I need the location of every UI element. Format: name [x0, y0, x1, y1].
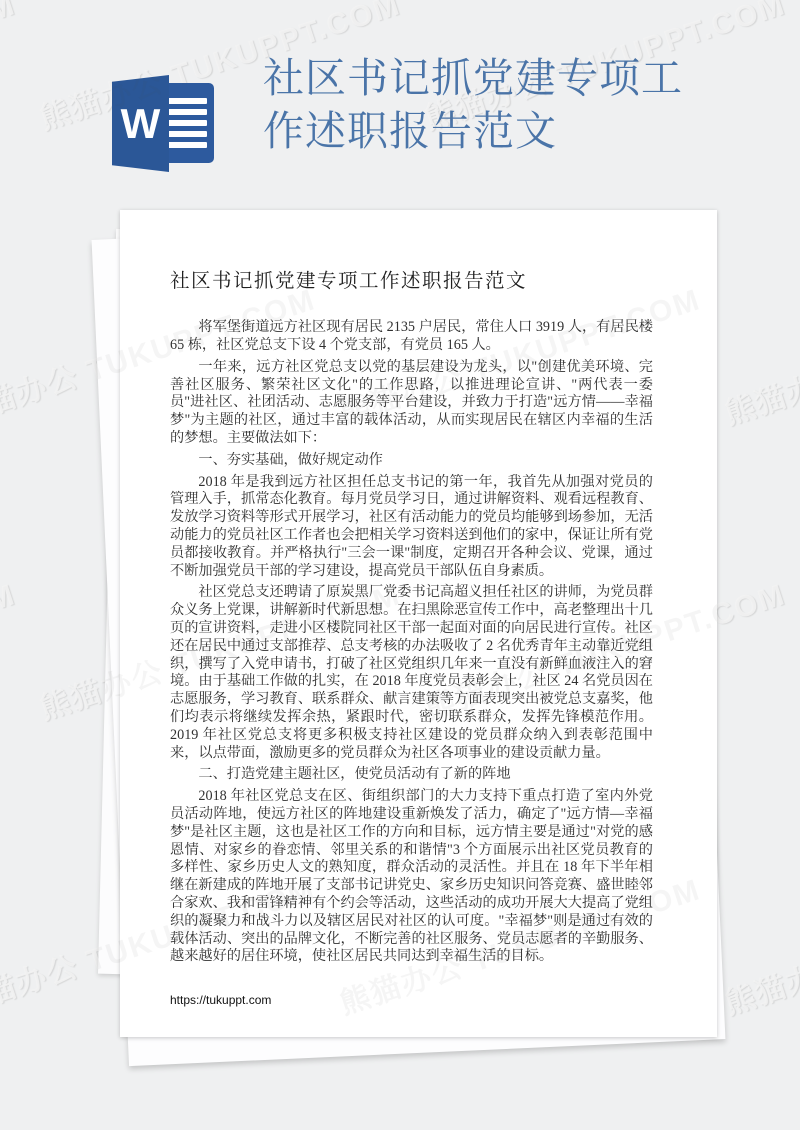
document-footer-url: https://tukuppt.com	[170, 993, 271, 1007]
doc-section-heading: 一、夯实基础，做好规定动作	[170, 452, 653, 470]
watermark-text: 熊猫办公 TUKUPPT.COM	[718, 275, 800, 433]
doc-section-heading: 二、打造党建主题社区，使党员活动有了新的阵地	[170, 766, 653, 784]
doc-paragraph: 2018 年是我到远方社区担任总支书记的第一年，我首先从加强对党员的管理入手，抓…	[170, 474, 653, 581]
document-title: 社区书记抓党建专项工作述职报告范文	[170, 268, 653, 295]
document-page: 社区书记抓党建专项工作述职报告范文 将军堡街道远方社区现有居民 2135 户居民…	[120, 210, 717, 1037]
watermark-text: 熊猫办公 TUKUPPT.COM	[718, 865, 800, 1023]
doc-paragraph: 一年来，远方社区党总支以党的基层建设为龙头，以"创建优美环境、完善社区服务、繁荣…	[170, 359, 653, 448]
watermark-text: 熊猫办公 TUKUPPT.COM	[0, 570, 20, 728]
watermark-text: 熊猫办公 TUKUPPT.COM	[718, 865, 800, 1023]
word-icon-panel: W	[112, 75, 169, 172]
word-icon: W	[112, 75, 216, 172]
document-body: 将军堡街道远方社区现有居民 2135 户居民，常住人口 3919 人，有居民楼 …	[170, 319, 653, 966]
watermark-text: 熊猫办公 TUKUPPT.COM	[718, 275, 800, 433]
doc-paragraph: 将军堡街道远方社区现有居民 2135 户居民，常住人口 3919 人，有居民楼 …	[170, 319, 653, 355]
doc-paragraph: 2018 年社区党总支在区、街组织部门的大力支持下重点打造了室内外党员活动阵地，…	[170, 788, 653, 966]
page-title: 社区书记抓党建专项工作述职报告范文	[263, 52, 703, 158]
page-background: 熊猫办公 TUKUPPT.COM熊猫办公 TUKUPPT.COM熊猫办公 TUK…	[0, 0, 800, 1130]
doc-paragraph: 社区党总支还聘请了原炭黑厂党委书记高超义担任社区的讲师，为党员群众义务上党课，讲…	[170, 584, 653, 762]
watermark-text: 熊猫办公 TUKUPPT.COM	[0, 570, 20, 728]
header: W 社区书记抓党建专项工作述职报告范文	[0, 0, 800, 200]
word-icon-letter: W	[121, 103, 161, 145]
